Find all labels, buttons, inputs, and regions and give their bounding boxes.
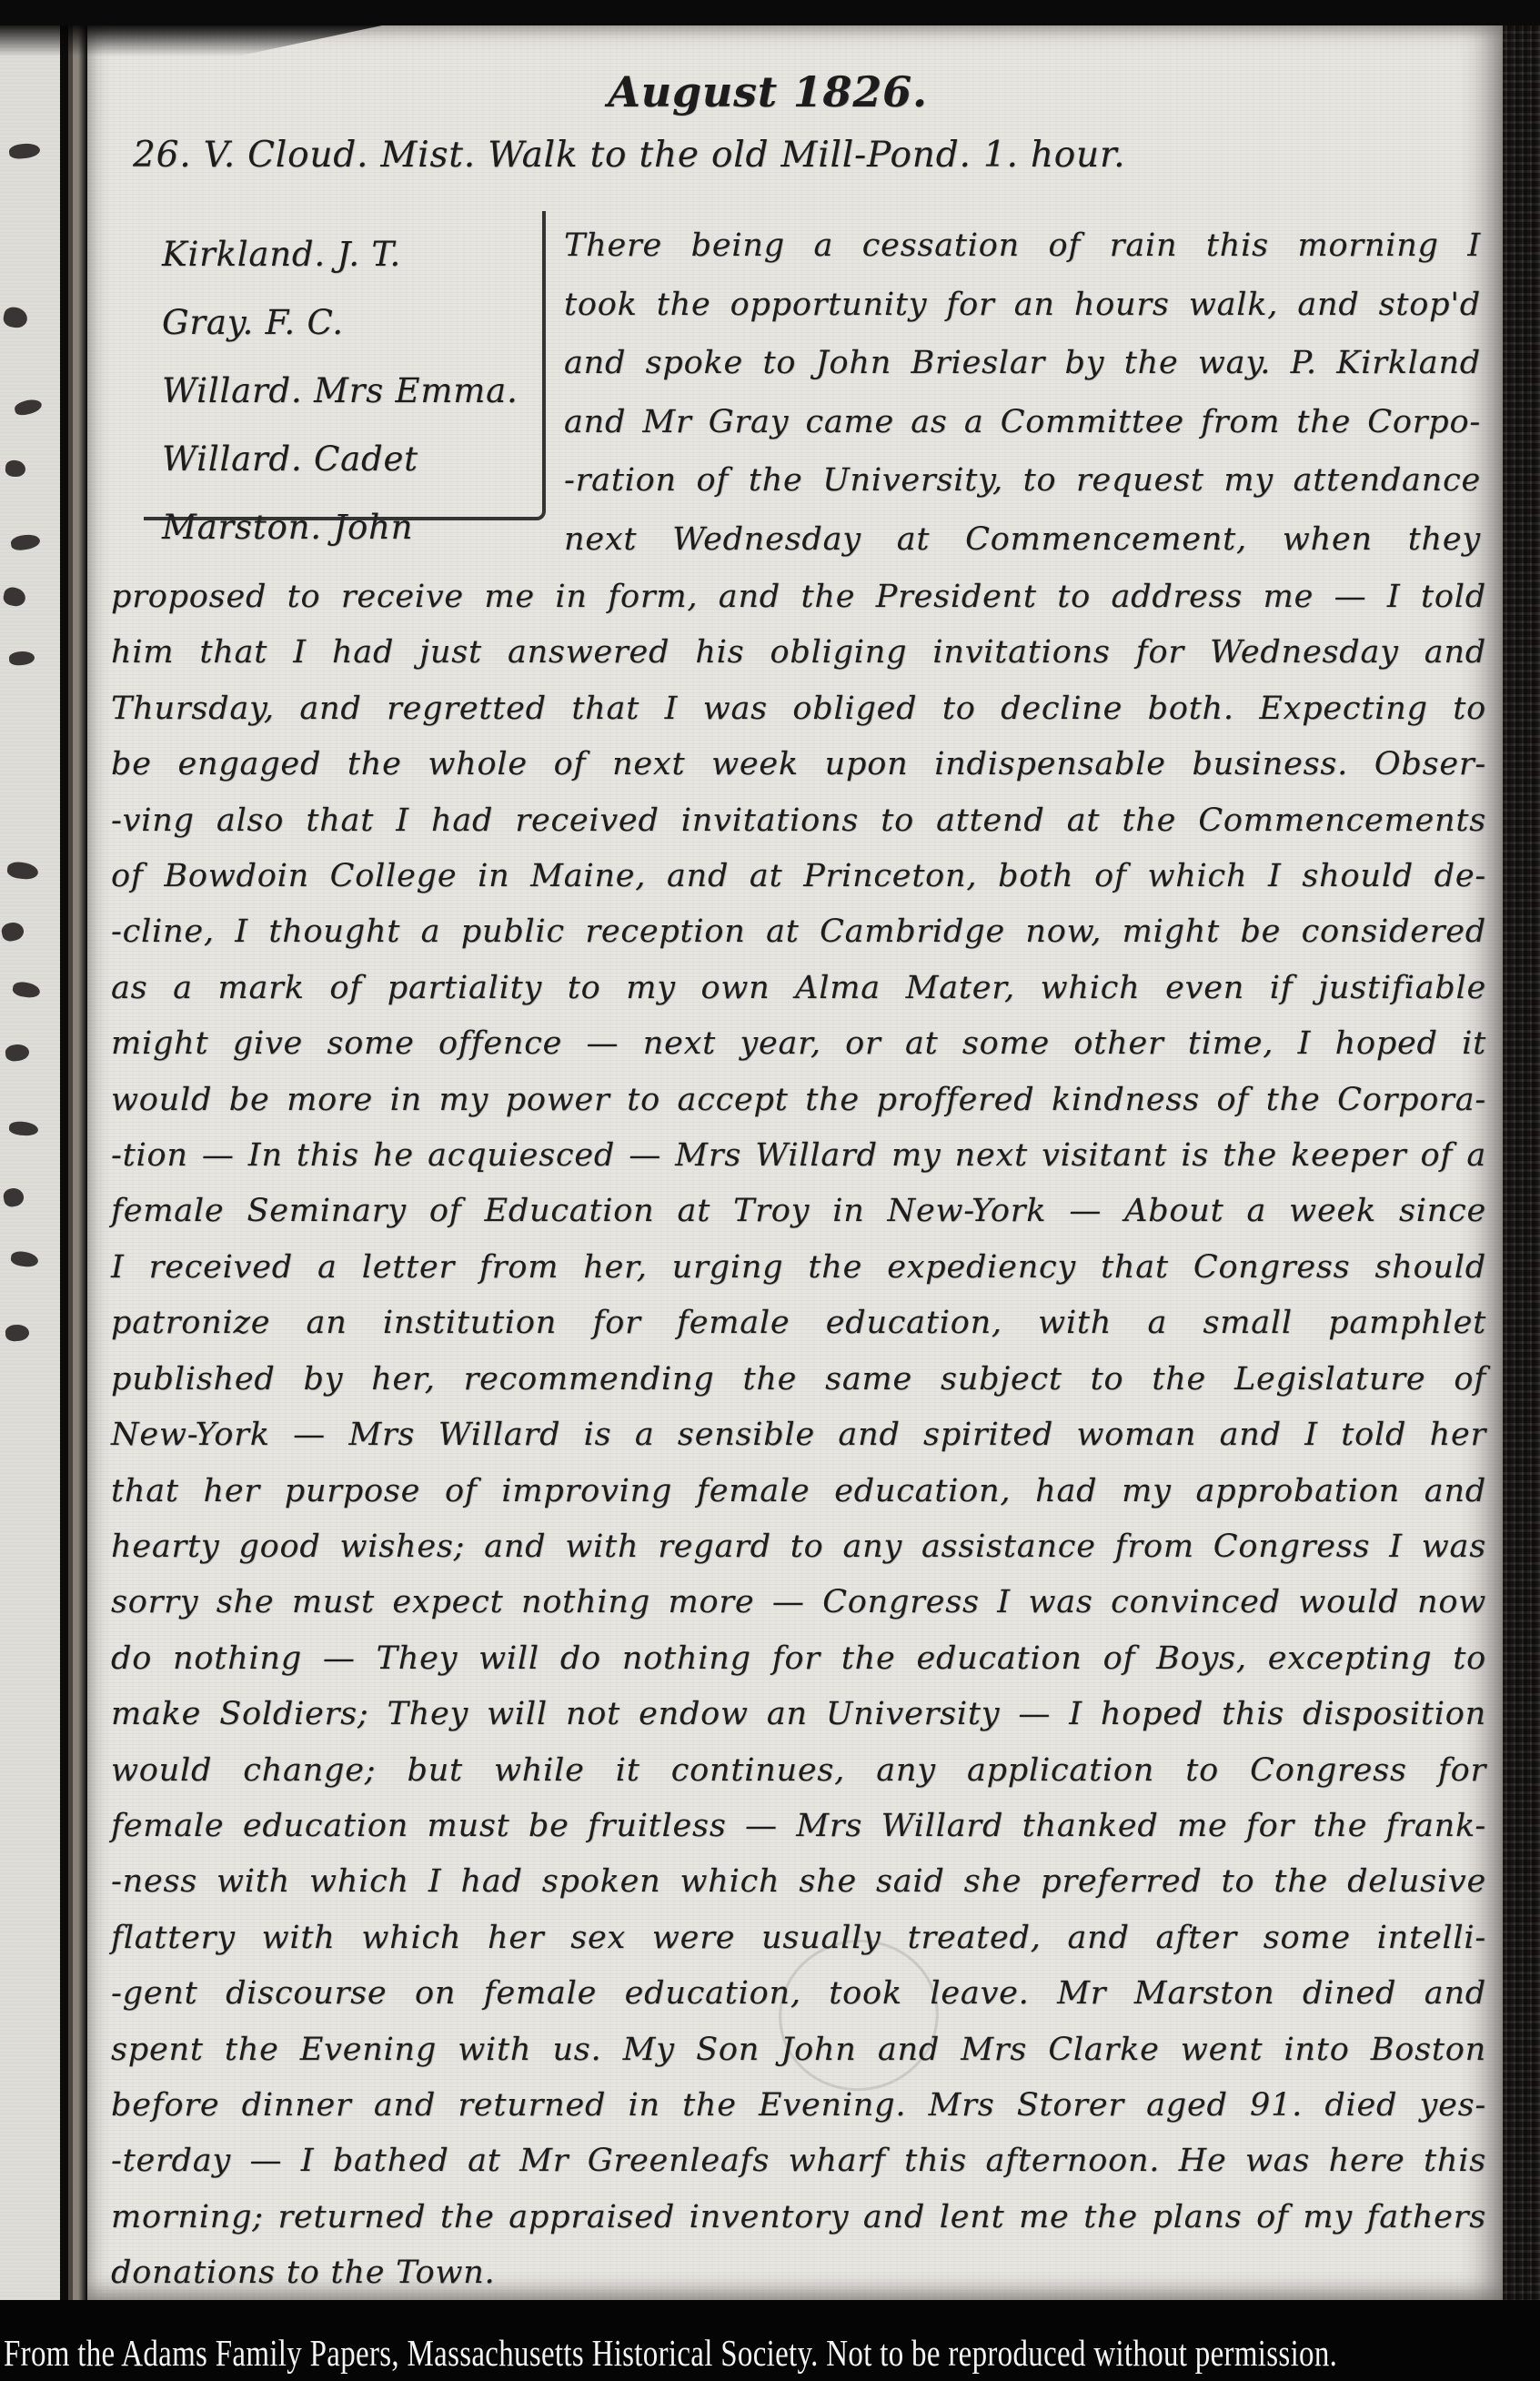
entry-heading: 26. V. Cloud. Mist. Walk to the old Mill… [133, 135, 1125, 176]
manuscript-line: as a mark of partiality to my own Alma M… [111, 961, 1486, 1016]
manuscript-line: before dinner and returned in the Evenin… [111, 2078, 1486, 2134]
manuscript-line: took the opportunity for an hours walk, … [564, 276, 1481, 335]
manuscript-line: Thursday, and regretted that I was oblig… [111, 681, 1486, 737]
manuscript-line: -tion — In this he acquiesced — Mrs Will… [111, 1128, 1486, 1184]
facing-page-edge [0, 25, 60, 2300]
margin-ink-fragment [5, 1324, 29, 1342]
manuscript-line: him that I had just answered his obligin… [111, 625, 1486, 681]
margin-ink-fragment [8, 651, 35, 666]
margin-ink-fragment [10, 533, 41, 552]
manuscript-line: might give some offence — next year, or … [111, 1016, 1486, 1072]
manuscript-line: next Wednesday at Commencement, when the… [564, 510, 1481, 570]
manuscript-line: flattery with which her sex were usually… [111, 1911, 1486, 1966]
manuscript-line: patronize an institution for female educ… [111, 1296, 1486, 1351]
margin-ink-fragment [12, 981, 41, 999]
margin-ink-fragment [2, 586, 27, 609]
manuscript-line: There being a cessation of rain this mor… [564, 217, 1481, 276]
manuscript-line: that her purpose of improving female edu… [111, 1464, 1486, 1519]
manuscript-line: be engaged the whole of next week upon i… [111, 737, 1486, 792]
manuscript-line: hearty good wishes; and with regard to a… [111, 1519, 1486, 1575]
margin-ink-fragment [0, 921, 25, 943]
manuscript-line: -terday — I bathed at Mr Greenleafs whar… [111, 2134, 1486, 2189]
scan-top-border [0, 0, 1540, 25]
manuscript-line: of Bowdoin College in Maine, and at Prin… [111, 849, 1486, 904]
manuscript-line: donations to the Town. [111, 2245, 1486, 2301]
margin-ink-fragment [14, 398, 44, 418]
manuscript-line: would be more in my power to accept the … [111, 1073, 1486, 1128]
visitor-list-bracket [144, 211, 546, 520]
manuscript-line: -ving also that I had received invitatio… [111, 793, 1486, 849]
margin-ink-fragment [8, 142, 40, 159]
caption-band: From the Adams Family Papers, Massachuse… [0, 2300, 1540, 2381]
book-gutter [60, 0, 87, 2381]
margin-ink-fragment [6, 861, 39, 881]
manuscript-line: proposed to receive me in form, and the … [111, 570, 1486, 625]
manuscript-line: female Seminary of Education at Troy in … [111, 1184, 1486, 1239]
manuscript-line: -ration of the University, to request my… [564, 451, 1481, 510]
manuscript-line: -cline, I thought a public reception at … [111, 904, 1486, 960]
margin-ink-fragment [2, 1186, 25, 1208]
scanned-diary-photo: August 1826. 26. V. Cloud. Mist. Walk to… [0, 0, 1540, 2381]
margin-ink-fragment [8, 1121, 38, 1137]
manuscript-line: do nothing — They will do nothing for th… [111, 1631, 1486, 1687]
manuscript-line: -ness with which I had spoken which she … [111, 1854, 1486, 1910]
manuscript-line: make Soldiers; They will not endow an Un… [111, 1687, 1486, 1742]
manuscript-line: and spoke to John Brieslar by the way. P… [564, 334, 1481, 393]
manuscript-line: I received a letter from her, urging the… [111, 1240, 1486, 1296]
entry-body-indented: There being a cessation of rain this mor… [564, 217, 1481, 569]
manuscript-line: published by her, recommending the same … [111, 1352, 1486, 1407]
manuscript-line: morning; returned the appraised inventor… [111, 2190, 1486, 2245]
margin-ink-fragment [10, 1250, 39, 1268]
manuscript-line: would change; but while it continues, an… [111, 1743, 1486, 1799]
month-year-header: August 1826. [87, 67, 1448, 116]
manuscript-line: female education must be fruitless — Mrs… [111, 1799, 1486, 1854]
archive-caption: From the Adams Family Papers, Massachuse… [4, 2334, 1337, 2376]
manuscript-page: August 1826. 26. V. Cloud. Mist. Walk to… [87, 24, 1503, 2302]
margin-ink-fragment [5, 1043, 30, 1062]
margin-ink-fragment [2, 306, 28, 329]
margin-ink-fragment [5, 459, 25, 477]
manuscript-line: sorry she must expect nothing more — Con… [111, 1575, 1486, 1630]
book-page-edges [1503, 0, 1540, 2381]
manuscript-line: New-York — Mrs Willard is a sensible and… [111, 1407, 1486, 1463]
manuscript-line: and Mr Gray came as a Committee from the… [564, 393, 1481, 452]
